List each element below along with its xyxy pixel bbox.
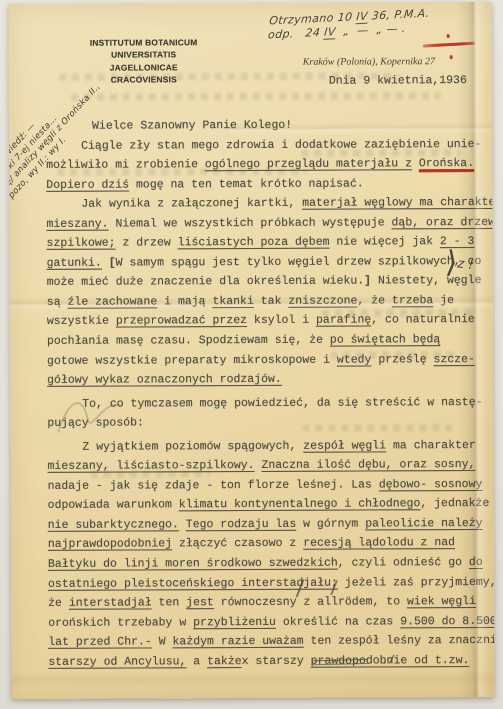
text-segment: także bbox=[207, 655, 242, 668]
text-segment: że bbox=[48, 597, 69, 610]
typed-line: pochłania masę czasu. Spodziewam się, że… bbox=[47, 330, 491, 351]
typed-line: Ciągle zły stan mego zdrowia i dodatkowe… bbox=[46, 135, 490, 156]
text-segment: może mieć duże znaczenie dla określenia … bbox=[47, 275, 365, 289]
typed-line: mieszany, liściasto-szpilkowy. Znaczna i… bbox=[47, 455, 491, 476]
text-segment: Tego rodzaju las bbox=[186, 518, 296, 531]
text-segment: do bbox=[469, 556, 483, 569]
end-mark: ./ bbox=[381, 654, 395, 667]
typed-line: starszy od Ancylusu, a takżex starszy pr… bbox=[48, 651, 492, 672]
typed-line: najprawdopodobniej złączyć czasowo z rec… bbox=[48, 533, 492, 554]
text-segment: ostatniego pleistoceńskiego interstadjał… bbox=[48, 576, 338, 590]
typed-line: może mieć duże znaczenie dla określenia … bbox=[47, 271, 491, 292]
text-segment: Niemal we wszystkich próbkach występuje bbox=[109, 216, 392, 230]
text-segment: tkanki bbox=[212, 295, 253, 308]
typed-line: odpowiada warunkom klimatu kontynentalne… bbox=[48, 494, 492, 515]
text-segment: przybliżeniu bbox=[193, 616, 276, 629]
text-segment: Orońska. bbox=[419, 157, 474, 170]
text-segment: po świętach będą bbox=[330, 333, 440, 346]
text-segment: jeżeli zaś przyjmiemy, bbox=[338, 576, 495, 590]
red-dot-mark bbox=[450, 55, 453, 59]
text-segment: złączyć czasowo z bbox=[172, 537, 303, 551]
text-segment: w górnym bbox=[296, 517, 365, 530]
typed-line: lat przed Chr.- W każdym razie uważam te… bbox=[48, 631, 492, 652]
text-segment: x starszy bbox=[242, 655, 311, 668]
text-segment: „ — „ — . bbox=[335, 21, 406, 37]
received-annotation: Otrzymano 10 IV 36, P.M.A.odp. 24 IV „ —… bbox=[267, 7, 430, 42]
text-segment bbox=[412, 157, 419, 170]
text-segment: wtedy bbox=[337, 353, 372, 366]
typed-line: ostatniego pleistoceńskiego interstadjał… bbox=[48, 573, 492, 594]
typed-line: nie subarktycznego. Tego rodzaju las w g… bbox=[48, 514, 492, 535]
text-segment: Dopiero dziś bbox=[46, 178, 129, 191]
typed-line: mieszany. Niemal we wszystkich próbkach … bbox=[46, 213, 490, 234]
typed-line: gatunki. [W samym spągu jest tylko węgie… bbox=[47, 252, 491, 273]
text-segment: odpowiada warunkom bbox=[48, 499, 179, 513]
text-segment: W bbox=[152, 636, 173, 649]
typed-line: Bałtyku do linji moren środkowo szwedzki… bbox=[48, 553, 492, 574]
typed-line: że interstadjał ten jest równoczesny z a… bbox=[48, 592, 492, 613]
text-segment: materjał węglowy ma charakter bbox=[302, 196, 494, 210]
text-segment: Znaczna ilość dębu, oraz sosny, bbox=[261, 458, 475, 472]
text-segment: każdym razie uważam bbox=[172, 635, 303, 649]
typed-line: są źle zachowane i mają tkanki tak znisz… bbox=[47, 291, 491, 312]
text-segment: określić na czas bbox=[276, 615, 400, 629]
typed-line: Z wyjątkiem poziomów spągowych, zespół w… bbox=[47, 436, 491, 457]
text-segment: szcze- bbox=[434, 353, 475, 366]
printed-address: Kraków (Polonia), Kopernika 27 bbox=[303, 56, 463, 68]
horizontal-crease bbox=[11, 670, 494, 688]
letter-page: INSTITUTUM BOTANICUM UNIVERSITATIS JAGEL… bbox=[8, 2, 494, 699]
text-segment: źle zachowane bbox=[67, 295, 157, 308]
text-segment: , jednakże bbox=[420, 497, 489, 510]
text-segment: Bałtyku do linji moren środkowo szwedzki… bbox=[48, 557, 338, 571]
scanned-letter-photo: INSTITUTUM BOTANICUM UNIVERSITATIS JAGEL… bbox=[0, 0, 503, 709]
typed-line: gotowe wszystkie preparaty mikroskopowe … bbox=[47, 350, 491, 371]
text-segment: ogólnego przeglądu materjału z bbox=[205, 157, 412, 171]
text-segment: mieszany, liściasto-szpilkowy. bbox=[47, 459, 254, 473]
typed-line: możliwiło mi zrobienie ogólnego przegląd… bbox=[46, 154, 490, 175]
text-segment: i mają bbox=[157, 295, 212, 308]
text-segment: , że bbox=[357, 294, 392, 307]
typed-date: Dnia 9 kwietnia,1936 bbox=[329, 74, 467, 88]
text-segment: ten bbox=[152, 596, 187, 609]
red-dot-mark bbox=[447, 34, 450, 38]
typed-line: szpilkowe; z drzew liściastych poza dębe… bbox=[46, 232, 490, 253]
text-segment: gotowe wszystkie preparaty mikroskopowe … bbox=[47, 353, 337, 367]
text-segment: najprawdopodobniej bbox=[48, 538, 172, 552]
text-segment: odp. 24 bbox=[267, 25, 324, 41]
text-segment: je bbox=[433, 294, 454, 307]
text-segment: recesją lądolodu z nad bbox=[303, 537, 455, 551]
text-segment: paleolicie należy bbox=[365, 517, 482, 531]
text-segment: klimatu kontynentalnego i chłodnego bbox=[179, 498, 421, 512]
letterhead-line: UNIVERSITATIS JAGELLONICAE bbox=[81, 49, 207, 74]
text-segment: szpilkowe; bbox=[47, 237, 116, 250]
show-through-text bbox=[71, 92, 441, 101]
text-segment: możliwiło mi zrobienie bbox=[46, 158, 205, 172]
red-strike-mark bbox=[423, 42, 475, 48]
text-segment: wiek węgli bbox=[407, 595, 476, 608]
text-segment: ten zespół leśny za znacznie bbox=[304, 634, 495, 648]
text-segment: Niestety, węgle bbox=[371, 274, 481, 287]
text-segment: , co naturalnie bbox=[371, 313, 475, 326]
text-segment: gatunki. bbox=[47, 256, 102, 269]
text-segment: ma charakter bbox=[386, 439, 476, 452]
text-segment: zniszczone bbox=[288, 294, 357, 307]
text-segment: nie więcej jak bbox=[329, 235, 439, 248]
text-segment: wszystkie bbox=[47, 315, 116, 328]
text-segment: a bbox=[186, 655, 207, 668]
text-segment: , czyli odnieść go bbox=[338, 556, 469, 570]
text-segment: 36, P.M.A. bbox=[367, 7, 430, 23]
text-segment: ksylol i bbox=[247, 314, 316, 327]
text-segment: prześlę bbox=[371, 353, 433, 366]
typed-line: To, co tymczasem mogę powiedzieć, da się… bbox=[47, 393, 491, 414]
text-segment: W samym spągu jest tylko węgiel drzew sz… bbox=[116, 255, 482, 270]
typed-line: pujący sposób: bbox=[47, 412, 491, 433]
typed-line: Dopiero dziś mogę na ten temat krótko na… bbox=[46, 174, 490, 195]
text-segment: trzeba bbox=[392, 294, 433, 307]
text-segment: pujący sposób: bbox=[47, 417, 144, 430]
letter-body: Wielce Szanowny Panie Kolego! Ciągle zły… bbox=[46, 115, 492, 672]
typed-line: gółowy wykaz oznaczonych rodzajów. bbox=[47, 369, 491, 390]
text-segment: To, co tymczasem mogę powiedzieć, da się… bbox=[82, 396, 482, 411]
text-segment: dębowo- sosnowy bbox=[379, 478, 483, 491]
text-segment: przeprowadzać przez bbox=[116, 314, 247, 328]
text-segment: mogę na ten temat krótko napisać. bbox=[129, 177, 364, 191]
text-segment: jest bbox=[186, 596, 214, 609]
text-segment: lat przed Chr.- bbox=[48, 636, 152, 649]
letterhead-line: INSTITUTUM BOTANICUM bbox=[81, 36, 207, 49]
text-segment: parafinę bbox=[316, 314, 371, 327]
text-segment: Z wyjątkiem poziomów spągowych, bbox=[82, 440, 303, 454]
text-segment: nadaje - jak się zdaje - ton florze leśn… bbox=[48, 478, 379, 492]
typed-line: orońskich trzebaby w przybliżeniu określ… bbox=[48, 612, 492, 633]
typed-line: nadaje - jak się zdaje - ton florze leśn… bbox=[48, 475, 492, 496]
text-segment: nie subarktycznego. bbox=[48, 518, 179, 532]
text-segment: zespół węgli bbox=[303, 439, 386, 452]
text-segment: orońskich trzebaby w bbox=[48, 616, 193, 630]
text-segment: tak bbox=[254, 295, 289, 308]
text-segment: są bbox=[47, 296, 68, 309]
text-segment: 2 - 3 bbox=[440, 235, 475, 248]
text-segment: z drzew bbox=[116, 237, 178, 250]
text-segment: starszy od Ancylusu, bbox=[48, 655, 186, 669]
text-segment: Ciągle zły stan mego zdrowia i dodatkowe… bbox=[81, 138, 481, 153]
text-segment: interstadjał bbox=[69, 597, 152, 610]
salutation: Wielce Szanowny Panie Kolego! bbox=[46, 115, 490, 136]
text-segment: liściastych poza dębem bbox=[178, 236, 330, 250]
typed-line: Jak wynika z załączonej kartki, materjał… bbox=[46, 193, 490, 214]
text-segment: Jak wynika z załączonej kartki, bbox=[81, 197, 302, 211]
text-segment: mieszany. bbox=[46, 217, 108, 230]
typed-line: wszystkie przeprowadzać przez ksylol i p… bbox=[47, 310, 491, 331]
text-segment: 9.500 do 8.500 bbox=[400, 615, 494, 628]
text-segment: równoczesny z allrödem, to bbox=[214, 595, 407, 609]
text-segment: gółowy wykaz oznaczonych rodzajów. bbox=[47, 373, 282, 387]
body-lines: Ciągle zły stan mego zdrowia i dodatkowe… bbox=[46, 135, 492, 673]
text-segment: dąb, oraz drzewa bbox=[391, 216, 494, 229]
text-segment: pochłania masę czasu. Spodziewam się, że bbox=[47, 334, 330, 348]
